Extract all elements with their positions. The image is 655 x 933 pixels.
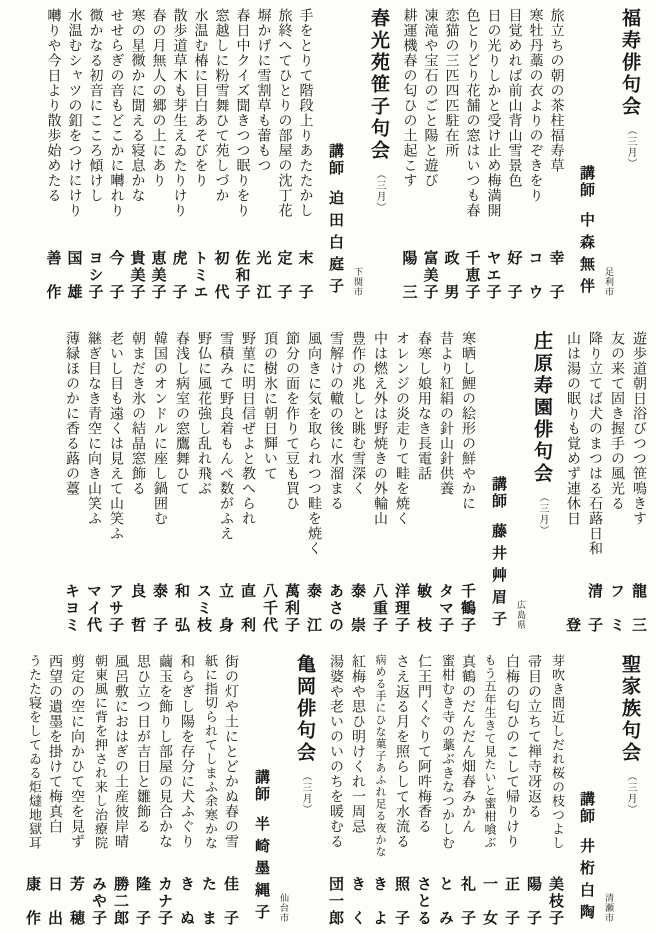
author-name: 国 雄 (65, 250, 85, 301)
author-name: タマ子 (436, 583, 456, 634)
haiku-text: 微かなる初音にこころ傾けし (86, 8, 106, 203)
haiku-text: 凍滝や宝石のごと陽と遊び (421, 8, 441, 188)
haiku-text: 豊作の兆しと眺む雪深く (348, 331, 368, 496)
author-name: 八千代 (260, 583, 280, 634)
poem-column: 寒晒し鯉の絵形の鮮やかに千鶴子 (457, 331, 479, 640)
lecturer-label: 講師 (578, 165, 596, 199)
haiku-text: 中は燃え外は野焼きの外輪山 (370, 331, 390, 526)
haiku-text: 紙に指切られてしまふ余寒かな (199, 654, 219, 850)
haiku-magazine-page: 福寿俳句会（三月）足利市講師中森無伴旅立ちの朝の茶柱福寿草幸 子寒牡丹藁の衣より… (0, 0, 655, 933)
author-name: 陽 三 (400, 250, 420, 301)
section-title-line: 亀岡俳句会（三月） (291, 654, 319, 815)
haiku-text: 降り立てば犬のまつはる石蕗日和 (585, 331, 605, 556)
poem-column: 朝東風に背を押され来し治療院みや子 (88, 654, 110, 933)
haiku-text: 色とりどり花舗の窓はいつも春 (463, 8, 483, 218)
section-header: 聖家族句会（三月）清瀬市講師井桁白陶 (574, 654, 645, 933)
haiku-text: 山は湯の眠りも覚めず連休日 (563, 331, 583, 526)
haiku-text: 剪定の空に向かひて空を見ず (67, 654, 87, 849)
haiku-text: 紅梅や思ひ明けくれ一周忌 (348, 654, 368, 834)
poem-column: 凍滝や宝石のごと陽と遊び富美子 (420, 8, 441, 307)
section-place-column: 仙台市 (276, 654, 290, 933)
haiku-text: 雪解けの轍の後に水溜まる (326, 331, 346, 511)
lecturer-label: 講師 (327, 143, 345, 177)
section-place-column: 広島県 (513, 331, 527, 640)
lecturer-line: 講師井桁白陶 (577, 791, 598, 926)
section-title-line: 春光苑笹子句会（三月） (365, 8, 393, 213)
section-title-line: 聖家族句会（三月） (616, 654, 644, 815)
poem-column: 雪積みて野良着もんぺ数がふえ立 身 (215, 331, 237, 640)
lecturer-label: 講師 (578, 791, 596, 825)
poem-column: 友の来て固き握手の風光るフ ミ (606, 331, 628, 640)
haiku-text: 風呂敷におはぎの土産彼岸晴 (111, 654, 131, 849)
author-name: みや子 (89, 876, 109, 927)
author-name: 千鶴子 (458, 583, 478, 634)
author-name: フ ミ (607, 583, 627, 634)
poem-column: 西望の遺墨を掛けて梅真白日 出 (44, 654, 66, 933)
author-name: 清 子 (585, 583, 605, 634)
section-lecturer-column: 講師迫田白庭子 (323, 8, 350, 307)
poem-column: もう五年生きて見たいと蜜柑喰ぶ一 女 (479, 654, 501, 933)
poem-column: 病める手にひな菓子あふれ足る夜かなき よ (369, 654, 391, 933)
author-name: 初 代 (212, 250, 232, 301)
poem-column: 野菫に明日信ぜよと教へられ直 利 (237, 331, 259, 640)
author-name: 政 男 (442, 250, 462, 301)
haiku-text: 老いし目も遠くは見えて山笑ふ (106, 331, 126, 541)
author-name: 萬利子 (282, 583, 302, 634)
poem-column: 塀かげに雪割草も蕾もつ光 江 (253, 8, 274, 307)
author-name: 恵美子 (149, 250, 169, 301)
author-name: 団一郎 (326, 876, 346, 927)
author-name: 美枝子 (546, 876, 566, 927)
author-name: 礼 子 (458, 876, 478, 927)
haiku-text: 思ひ立つ日が吉日と雛飾る (133, 654, 153, 834)
lecturer-line: 講師半崎墨縄子 (252, 769, 273, 926)
haiku-text: 真鶴のだんだん畑春みかん (458, 654, 478, 834)
author-name: 一 女 (480, 876, 500, 927)
poem-column: 春の月無人の郷の上にあり恵美子 (148, 8, 169, 307)
section-header: 春光苑笹子句会（三月）下関市講師迫田白庭子 (323, 8, 394, 307)
section-title-column: 亀岡俳句会（三月） (290, 654, 320, 933)
haiku-text: 帚目の立ちて禅寺冴返る (524, 654, 544, 819)
author-name: 泰 崇 (348, 583, 368, 634)
haiku-text: 風向きに気を取られつつ畦を焼く (304, 331, 324, 556)
author-name: き ぬ (177, 876, 197, 927)
poem-column: 散歩道草木も芽生えゐたりけり虎 子 (169, 8, 190, 307)
poem-column: 春寒し娘用なき長電話敏 枝 (413, 331, 435, 640)
section-lecturer-column: 講師井桁白陶 (574, 654, 601, 933)
poem-column: 朝まだき氷の結晶窓飾る良 哲 (127, 331, 149, 640)
author-name: 虎 子 (170, 250, 190, 301)
haiku-text: 頂の樹氷に朝日輝いて (260, 331, 280, 481)
poem-column: 寒の星微かに聞える寝息かな貴美子 (127, 8, 148, 307)
author-name: 富美子 (421, 250, 441, 301)
poem-column: 老いし目も遠くは見えて山笑ふアサ子 (105, 331, 127, 640)
poem-column: 和らぎし陽を存分に犬ふぐりき ぬ (176, 654, 198, 933)
lecturer-line: 講師中森無伴 (577, 165, 598, 300)
haiku-text: 春の月無人の郷の上にあり (149, 8, 169, 188)
lecturer-line: 講師藤井艸眉子 (489, 476, 510, 633)
section-place: 下関市 (351, 267, 363, 297)
poem-column: 色とりどり花舗の窓はいつも春千恵子 (462, 8, 483, 307)
author-name: 光 江 (254, 250, 274, 301)
poem-column: 紅梅や思ひ明けくれ一周忌き く (347, 654, 369, 933)
author-name: 康 作 (23, 876, 43, 927)
section-place: 広島県 (514, 600, 526, 630)
haiku-text: 和らぎし陽を存分に犬ふぐり (177, 654, 197, 849)
author-name: 幸 子 (547, 250, 567, 301)
author-name: 登 (563, 617, 583, 634)
author-name: コ ウ (526, 250, 546, 301)
haiku-text: 病める手にひな菓子あふれ足る夜かな (370, 654, 390, 858)
poem-column: 耕運機春の匂ひの土起こす陽 三 (399, 8, 420, 307)
author-name: 洋理子 (392, 583, 412, 634)
poem-column: 帚目の立ちて禅寺冴返る陽 子 (523, 654, 545, 933)
section-title-column: 庄原寿園俳句会（三月） (527, 331, 557, 640)
author-name: き よ (370, 876, 390, 927)
author-name: 立 身 (216, 583, 236, 634)
section-title: 春光苑笹子句会 (368, 8, 390, 162)
section-title-column: 福寿俳句会（三月） (615, 8, 645, 307)
author-name: 泰 江 (304, 583, 324, 634)
poem-column: 思ひ立つ日が吉日と雛飾る隆 子 (132, 654, 154, 933)
author-name: 末 子 (296, 250, 316, 301)
haiku-text: 野仏に風花強し乱れ飛ぶ (194, 331, 214, 496)
poem-column: 街の灯や土にとどかぬ春の雪佳 子 (220, 654, 242, 933)
haiku-text: 白梅の匂ひのこして帰りけり (502, 654, 522, 849)
author-name: 隆 子 (133, 876, 153, 927)
poem-column: 野仏に風花強し乱れ飛ぶスミ枝 (193, 331, 215, 640)
band-bottom: 聖家族句会（三月）清瀬市講師井桁白陶芽吹き間近しだれ桜の枝つよし美枝子帚目の立ち… (0, 640, 655, 933)
poem-column: 仁王門くぐりて阿吽梅香るさとる (413, 654, 435, 933)
haiku-text: 旅終へてひとりの部屋の沈丁花 (275, 8, 295, 218)
haiku-text: 節分の面を作りて豆も買ひ (282, 331, 302, 511)
author-name: た ま (199, 876, 219, 927)
author-name: 定 子 (275, 250, 295, 301)
band-top: 福寿俳句会（三月）足利市講師中森無伴旅立ちの朝の茶柱福寿草幸 子寒牡丹藁の衣より… (0, 0, 655, 307)
haiku-text: 薄緑ほのかに香る蕗の薹 (62, 331, 82, 496)
haiku-text: 塀かげに雪割草も蕾もつ (254, 8, 274, 173)
haiku-text: 水温むシャツの釦をつけにけり (65, 8, 85, 218)
author-name: 佳 子 (221, 876, 241, 927)
author-name: あさの (326, 583, 346, 634)
author-name: トミエ (191, 250, 211, 301)
section-lecturer-column: 講師半崎墨縄子 (249, 654, 276, 933)
author-name: アサ子 (106, 583, 126, 634)
haiku-text: 雪積みて野良着もんぺ数がふえ (216, 331, 236, 541)
poem-column: 薄緑ほのかに香る蕗の薹キヨミ (61, 331, 83, 640)
haiku-text: 朝東風に背を押され来し治療院 (89, 654, 109, 850)
section-place-column: 下関市 (350, 8, 364, 307)
haiku-text: 散歩道草木も芽生えゐたりけり (170, 8, 190, 218)
section-place: 足利市 (602, 267, 614, 297)
author-name: 和 弘 (172, 583, 192, 634)
lecturer-name: 中森無伴 (578, 212, 596, 300)
haiku-text: 朝まだき氷の結晶窓飾る (128, 331, 148, 496)
section-month: （三月） (537, 492, 548, 536)
author-name: 正 子 (502, 876, 522, 927)
haiku-text: 継ぎ目なき青空に向き山笑ふ (84, 331, 104, 526)
haiku-text: 春寒し娘用なき長電話 (414, 331, 434, 481)
poem-column: うたた寝をしてゐる炬燵地獄耳康 作 (22, 654, 44, 933)
author-name: 陽 子 (524, 876, 544, 927)
haiku-text: 韓国のオンドルに座し鍋囲む (150, 331, 170, 526)
section-lecturer-column: 講師中森無伴 (574, 8, 601, 307)
author-name: ヨシ子 (86, 250, 106, 301)
author-name: カナ子 (155, 876, 175, 927)
poem-column: 白梅の匂ひのこして帰りけり正 子 (501, 654, 523, 933)
poem-column: 風呂敷におはぎの土産彼岸晴勝二郎 (110, 654, 132, 933)
poem-column: せせらぎの音もどこかに囀れり今 子 (106, 8, 127, 307)
lecturer-name: 藤井艸眉子 (490, 523, 508, 633)
band-middle: 遊歩道朝日浴びつつ笹鳴きす龍 三友の来て固き握手の風光るフ ミ降り立てば犬のまつ… (0, 307, 655, 640)
haiku-text: 蜜柑むき寺の藁ぶきなつかしむ (436, 654, 456, 850)
poem-column: 湯婆や老いのいのちを暖むる団一郎 (325, 654, 347, 933)
poem-column: 春浅し病室の窓鷹舞ひて和 弘 (171, 331, 193, 640)
section-title-line: 福寿俳句会（三月） (616, 8, 644, 169)
poem-column: さえ返る月を照らして水流る照 子 (391, 654, 413, 933)
author-name: 貴美子 (128, 250, 148, 301)
section-place-column: 清瀬市 (601, 654, 615, 933)
author-name: 好 子 (505, 250, 525, 301)
poem-column: 中は燃え外は野焼きの外輪山八重子 (369, 331, 391, 640)
haiku-text: 街の灯や土にとどかぬ春の雪 (221, 654, 241, 849)
poem-column: 日の光りしかと受け止め梅満開ヤエ子 (483, 8, 504, 307)
author-name: 今 子 (107, 250, 127, 301)
author-name: マイ代 (84, 583, 104, 634)
author-name: 良 哲 (128, 583, 148, 634)
section-header: 亀岡俳句会（三月）仙台市講師半崎墨縄子 (249, 654, 320, 933)
author-name: 泰 子 (150, 583, 170, 634)
haiku-text: せせらぎの音もどこかに囀れり (107, 8, 127, 218)
poem-column: 旅立ちの朝の茶柱福寿草幸 子 (546, 8, 567, 307)
poem-column: 囀りや今日より散歩始めたる善 作 (43, 8, 64, 307)
author-name: 直 利 (238, 583, 258, 634)
section-header: 福寿俳句会（三月）足利市講師中森無伴 (574, 8, 645, 307)
poem-column: 豊作の兆しと眺む雪深く泰 崇 (347, 331, 369, 640)
section-month: （三月） (625, 125, 636, 169)
haiku-text: 日の光りしかと受け止め梅満開 (484, 8, 504, 218)
haiku-text: 遊歩道朝日浴びつつ笹鳴きす (629, 331, 649, 526)
author-name: 照 子 (392, 876, 412, 927)
section-month: （三月） (300, 771, 311, 815)
author-name: 八重子 (370, 583, 390, 634)
author-name: 日 出 (45, 876, 65, 927)
author-name: 勝二郎 (111, 876, 131, 927)
poem-column: 真鶴のだんだん畑春みかん礼 子 (457, 654, 479, 933)
poem-column: 継ぎ目なき青空に向き山笑ふマイ代 (83, 331, 105, 640)
poem-column: 旅終へてひとりの部屋の沈丁花定 子 (274, 8, 295, 307)
haiku-text: 繭玉を飾りし部屋の見合かな (155, 654, 175, 849)
haiku-text: 昔より紅絹の針山針供養 (436, 331, 456, 496)
poem-column: 目覚めれば前山背山雪景色好 子 (504, 8, 525, 307)
haiku-text: うたた寝をしてゐる炬燵地獄耳 (23, 654, 43, 850)
haiku-text: 水温む椿に目白あそびをり (191, 8, 211, 188)
haiku-text: 春浅し病室の窓鷹舞ひて (172, 331, 192, 496)
haiku-text: オレンジの炎走りて畦を焼く (392, 331, 412, 526)
poem-column: 節分の面を作りて豆も買ひ萬利子 (281, 331, 303, 640)
poem-column: 恋猫の三匹四匹駐在所政 男 (441, 8, 462, 307)
haiku-text: さえ返る月を照らして水流る (392, 654, 412, 849)
haiku-text: 目覚めれば前山背山雪景色 (505, 8, 525, 188)
haiku-text: 仁王門くぐりて阿吽梅香る (414, 654, 434, 834)
haiku-text: 西望の遺墨を掛けて梅真白 (45, 654, 65, 834)
poem-column: 遊歩道朝日浴びつつ笹鳴きす龍 三 (628, 331, 650, 640)
haiku-text: 恋猫の三匹四匹駐在所 (442, 8, 462, 158)
author-name: キヨミ (62, 583, 82, 634)
lecturer-name: 迫田白庭子 (327, 190, 345, 300)
author-name: ヤエ子 (484, 250, 504, 301)
section-title-column: 聖家族句会（三月） (615, 654, 645, 933)
author-name: スミ枝 (194, 583, 214, 634)
poem-column: 剪定の空に向かひて空を見ず芳 穂 (66, 654, 88, 933)
poem-column: 蜜柑むき寺の藁ぶきなつかしむと み (435, 654, 457, 933)
poem-column: 頂の樹氷に朝日輝いて八千代 (259, 331, 281, 640)
poem-column: 水温むシャツの釦をつけにけり国 雄 (64, 8, 85, 307)
poem-column: 昔より紅絹の針山針供養タマ子 (435, 331, 457, 640)
section-month: （三月） (374, 169, 385, 213)
haiku-text: 寒牡丹藁の衣よりのぞきをり (526, 8, 546, 203)
poem-column: 繭玉を飾りし部屋の見合かなカナ子 (154, 654, 176, 933)
author-name: 善 作 (44, 250, 64, 301)
section-title-line: 庄原寿園俳句会（三月） (528, 331, 556, 536)
poem-column: 芽吹き間近しだれ桜の枝つよし美枝子 (545, 654, 567, 933)
section-place-column: 足利市 (601, 8, 615, 307)
haiku-text: 友の来て固き握手の風光る (607, 331, 627, 511)
poem-column: 寒牡丹藁の衣よりのぞきをりコ ウ (525, 8, 546, 307)
poem-column: 手をとりて階段上りあたたかし末 子 (295, 8, 316, 307)
haiku-text: もう五年生きて見たいと蜜柑喰ぶ (480, 654, 500, 849)
section-title: 庄原寿園俳句会 (531, 331, 553, 485)
section-title-column: 春光苑笹子句会（三月） (364, 8, 394, 307)
section-title: 聖家族句会 (619, 654, 641, 764)
haiku-text: 寒晒し鯉の絵形の鮮やかに (458, 331, 478, 511)
bands: 福寿俳句会（三月）足利市講師中森無伴旅立ちの朝の茶柱福寿草幸 子寒牡丹藁の衣より… (0, 0, 655, 933)
haiku-text: 野菫に明日信ぜよと教へられ (238, 331, 258, 526)
poem-column: 水温む椿に目白あそびをりトミエ (190, 8, 211, 307)
poem-column: 降り立てば犬のまつはる石蕗日和清 子 (584, 331, 606, 640)
author-name: き く (348, 876, 368, 927)
haiku-text: 耕運機春の匂ひの土起こす (400, 8, 420, 188)
section-place: 仙台市 (277, 893, 289, 923)
haiku-text: 旅立ちの朝の茶柱福寿草 (547, 8, 567, 173)
haiku-text: 芽吹き間近しだれ桜の枝つよし (546, 654, 566, 850)
haiku-text: 手をとりて階段上りあたたかし (296, 8, 316, 218)
section-lecturer-column: 講師藤井艸眉子 (486, 331, 513, 640)
poem-column: 風向きに気を取られつつ畦を焼く泰 江 (303, 331, 325, 640)
haiku-text: 囀りや今日より散歩始めたる (44, 8, 64, 203)
poem-column: 韓国のオンドルに座し鍋囲む泰 子 (149, 331, 171, 640)
haiku-text: 寒の星微かに聞える寝息かな (128, 8, 148, 203)
author-name: 芳 穂 (67, 876, 87, 927)
poem-column: 春日中クイズ聞きつつ眠りをり佐和子 (232, 8, 253, 307)
author-name: 敏 枝 (414, 583, 434, 634)
section-title: 亀岡俳句会 (294, 654, 316, 764)
poem-column: オレンジの炎走りて畦を焼く洋理子 (391, 331, 413, 640)
lecturer-label: 講師 (253, 769, 271, 803)
poem-column: 紙に指切られてしまふ余寒かなた ま (198, 654, 220, 933)
lecturer-label: 講師 (490, 476, 508, 510)
author-name: と み (436, 876, 456, 927)
author-name: 龍 三 (629, 583, 649, 634)
author-name: 佐和子 (233, 250, 253, 301)
author-name: さとる (414, 876, 434, 927)
lecturer-line: 講師迫田白庭子 (326, 143, 347, 300)
section-month: （三月） (625, 771, 636, 815)
section-header: 庄原寿園俳句会（三月）広島県講師藤井艸眉子 (486, 331, 557, 640)
lecturer-name: 半崎墨縄子 (253, 816, 271, 926)
poem-column: 山は湯の眠りも覚めず連休日登 (562, 331, 584, 640)
section-place: 清瀬市 (602, 893, 614, 923)
haiku-text: 春日中クイズ聞きつつ眠りをり (233, 8, 253, 218)
section-title: 福寿俳句会 (619, 8, 641, 118)
poem-column: 微かなる初音にこころ傾けしヨシ子 (85, 8, 106, 307)
poem-column: 雪解けの轍の後に水溜まるあさの (325, 331, 347, 640)
haiku-text: 湯婆や老いのいのちを暖むる (326, 654, 346, 849)
haiku-text: 窓越しに粉雪舞ひて苑しづか (212, 8, 232, 203)
author-name: 千恵子 (463, 250, 483, 301)
poem-column: 窓越しに粉雪舞ひて苑しづか初 代 (211, 8, 232, 307)
lecturer-name: 井桁白陶 (578, 838, 596, 926)
